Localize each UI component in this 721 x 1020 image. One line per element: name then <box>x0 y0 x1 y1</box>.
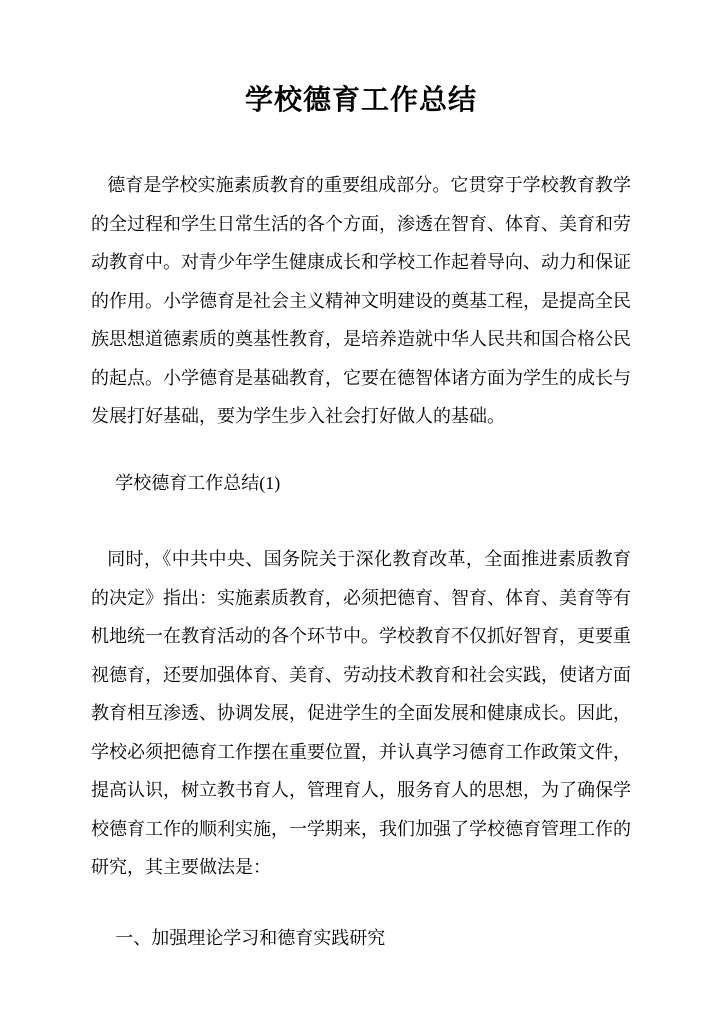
document-page: 学校德育工作总结 德育是学校实施素质教育的重要组成部分。它贯穿于学校教育教学的全… <box>0 0 721 1020</box>
section-heading-summary-1: 学校德育工作总结(1) <box>91 464 631 503</box>
paragraph-intro: 德育是学校实施素质教育的重要组成部分。它贯穿于学校教育教学的全过程和学生日常生活… <box>91 166 631 436</box>
document-title: 学校德育工作总结 <box>91 84 631 118</box>
paragraph-policy: 同时，《中共中央、国务院关于深化教育改革，全面推进素质教育的决定》指出：实施素质… <box>91 540 631 887</box>
document-content: 学校德育工作总结 德育是学校实施素质教育的重要组成部分。它贯穿于学校教育教学的全… <box>0 84 721 957</box>
section-heading-item-1: 一、加强理论学习和德育实践研究 <box>91 919 631 958</box>
